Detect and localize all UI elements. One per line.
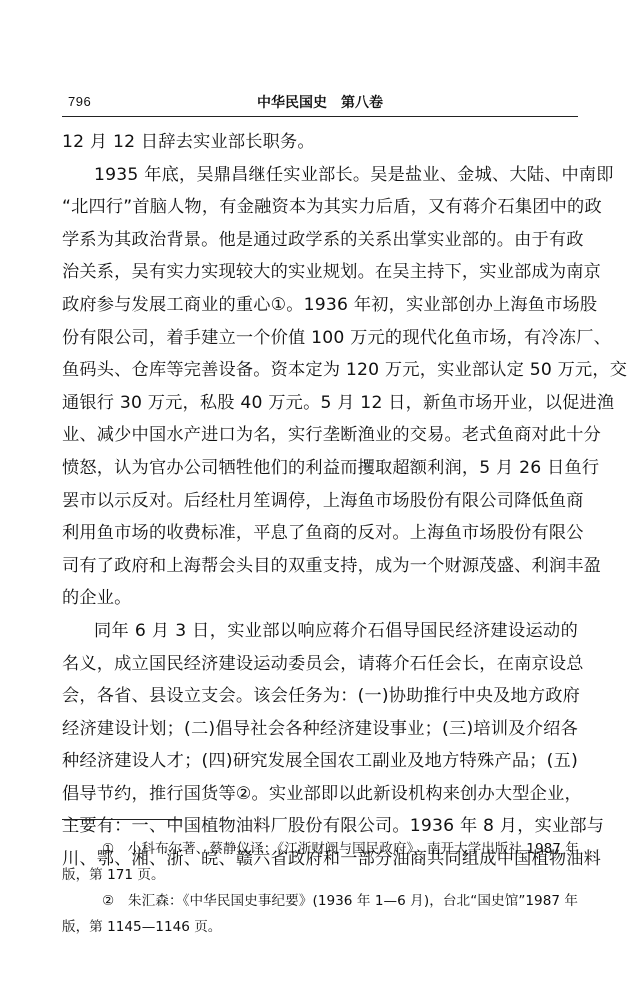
body-text: 12 月 12 日辞去实业部长职务。 1935 年底，吴鼎昌继任实业部长。吴是盐… <box>62 126 578 876</box>
text-line: 鱼码头、仓库等完善设备。资本定为 120 万元，实业部认定 50 万元，交 <box>62 354 578 387</box>
running-header: 796 中华民国史 第八卷 <box>62 92 578 114</box>
text-line: 会，各省、县设立支会。该会任务为：(一)协助推行中央及地方政府 <box>62 680 578 713</box>
text-line: 12 月 12 日辞去实业部长职务。 <box>62 126 578 159</box>
footnote-1-cont: 版，第 171 页。 <box>62 862 578 888</box>
text-line: 的企业。 <box>62 582 578 615</box>
text-line: 愤怒，认为官办公司牺牲他们的利益而攫取超额利润，5 月 26 日鱼行 <box>62 452 578 485</box>
footnote-2: ② 朱汇森：《中华民国史事纪要》(1936 年 1—6 月)，台北“国史馆”19… <box>62 888 578 914</box>
text-line: “北四行”首脑人物，有金融资本为其实力后盾，又有蒋介石集团中的政 <box>62 191 578 224</box>
footnote-rule <box>62 819 182 820</box>
text-line: 利用鱼市场的收费标准，平息了鱼商的反对。上海鱼市场股份有限公 <box>62 517 578 550</box>
text-line: 通银行 30 万元，私股 40 万元。5 月 12 日，新鱼市场开业，以促进渔 <box>62 387 578 420</box>
text-line: 司有了政府和上海帮会头目的双重支持，成为一个财源茂盛、利润丰盈 <box>62 550 578 583</box>
text-line: 罢市以示反对。后经杜月笙调停，上海鱼市场股份有限公司降低鱼商 <box>62 485 578 518</box>
footnotes: ① 小科布尔著、蔡静仪译：《江浙财阀与国民政府》，南开大学出版社 1987 年 … <box>62 836 578 940</box>
text-line: 业、减少中国水产进口为名，实行垄断渔业的交易。老式鱼商对此十分 <box>62 419 578 452</box>
text-line: 1935 年底，吴鼎昌继任实业部长。吴是盐业、金城、大陆、中南即 <box>62 159 578 192</box>
text-line: 种经济建设人才；(四)研究发展全国农工副业及地方特殊产品；(五) <box>62 745 578 778</box>
text-line: 学系为其政治背景。他是通过政学系的关系出掌实业部的。由于有政 <box>62 224 578 257</box>
footnote-1: ① 小科布尔著、蔡静仪译：《江浙财阀与国民政府》，南开大学出版社 1987 年 <box>62 836 578 862</box>
text-line: 份有限公司，着手建立一个价值 100 万元的现代化鱼市场，有冷冻厂、 <box>62 322 578 355</box>
footnote-2-cont: 版，第 1145—1146 页。 <box>62 914 578 940</box>
header-rule <box>62 116 578 117</box>
text-line: 名义，成立国民经济建设运动委员会，请蒋介石任会长，在南京设总 <box>62 648 578 681</box>
text-line: 政府参与发展工商业的重心①。1936 年初，实业部创办上海鱼市场股 <box>62 289 578 322</box>
text-line: 经济建设计划；(二)倡导社会各种经济建设事业；(三)培训及介绍各 <box>62 713 578 746</box>
text-line: 倡导节约，推行国货等②。实业部即以此新设机构来创办大型企业， <box>62 778 578 811</box>
text-line: 同年 6 月 3 日，实业部以响应蒋介石倡导国民经济建设运动的 <box>62 615 578 648</box>
running-title: 中华民国史 第八卷 <box>62 92 578 112</box>
text-line: 治关系，吴有实力实现较大的实业规划。在吴主持下，实业部成为南京 <box>62 256 578 289</box>
